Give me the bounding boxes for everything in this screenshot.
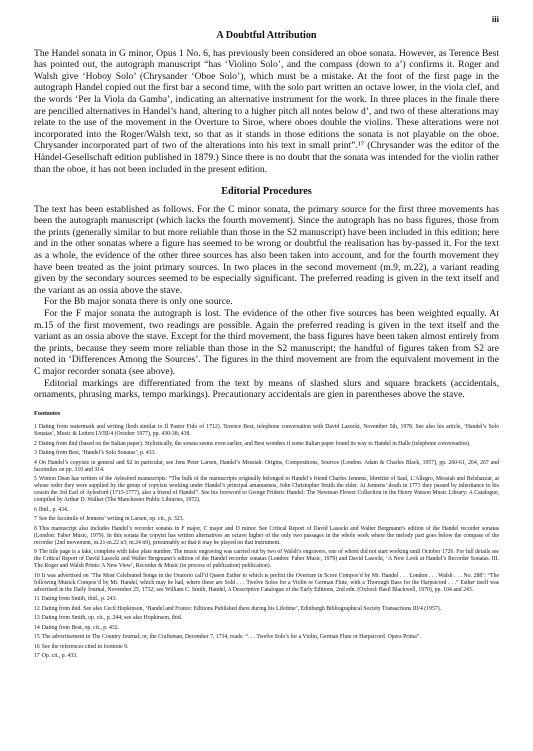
footnote-text: Dating from Best, ‘Handel’s Solo Sonatas… bbox=[39, 450, 156, 456]
footnote-item: 10It was advertised on ‘The Most Celebra… bbox=[34, 573, 499, 594]
footnote-item: 16See the references cited in footnote 9… bbox=[34, 644, 499, 651]
paragraph: For the Bb major sonata there is only on… bbox=[34, 296, 499, 308]
footnote-item: 8This manuscript also includes Handel’s … bbox=[34, 526, 499, 547]
footnote-text: See the references cited in footnote 9. bbox=[42, 644, 129, 650]
footnote-item: 7See the facsimile of Jennens’ writing i… bbox=[34, 516, 499, 523]
paragraph: For the F major sonata the autograph is … bbox=[34, 308, 499, 378]
footnote-text: Dating from Best, op. cit., p. 432. bbox=[42, 625, 119, 631]
footnote-item: 11Dating from Smith, ibid., p. 243. bbox=[34, 596, 499, 603]
paragraph: The Handel sonata in G minor, Opus 1 No.… bbox=[34, 48, 499, 176]
footnote-text: Dating from ibid. See also Cecil Hopkins… bbox=[42, 606, 441, 612]
footnote-text: Winton Dean has written of the Aylesford… bbox=[34, 476, 499, 503]
footnote-text: This manuscript also includes Handel’s r… bbox=[34, 526, 499, 546]
section-doubtful-attribution: A Doubtful Attribution The Handel sonata… bbox=[34, 30, 499, 175]
footnote-item: 14Dating from Best, op. cit., p. 432. bbox=[34, 625, 499, 632]
footnote-number: 9 bbox=[34, 549, 37, 555]
footnote-item: 9The title page is a fake, complete with… bbox=[34, 549, 499, 570]
footnote-item: 3Dating from Best, ‘Handel’s Solo Sonata… bbox=[34, 450, 499, 457]
footnote-item: 6Ibid., p. 434. bbox=[34, 507, 499, 514]
section-editorial-procedures: Editorial Procedures The text has been e… bbox=[34, 186, 499, 401]
footnote-text: See the facsimile of Jennens’ writing in… bbox=[39, 516, 184, 522]
footnote-item: 5Winton Dean has written of the Aylesfor… bbox=[34, 476, 499, 504]
section-title: Editorial Procedures bbox=[34, 186, 499, 198]
footnote-text: Dating from Smith, ibid., p. 243. bbox=[42, 596, 117, 602]
footnote-item: 15The advertisement in The Country Journ… bbox=[34, 634, 499, 641]
footnote-number: 11 bbox=[34, 596, 40, 602]
section-title: A Doubtful Attribution bbox=[34, 30, 499, 42]
footnote-item: 2Dating from ibid (based on the Italian … bbox=[34, 441, 499, 448]
footnote-number: 6 bbox=[34, 507, 37, 513]
footnote-number: 17 bbox=[34, 653, 40, 659]
footnote-item: 13Dating from Smith, op. cit., p. 244; s… bbox=[34, 615, 499, 622]
footnote-text: Op. cit., p. 433. bbox=[42, 653, 78, 659]
footnotes-section: Footnotes 1Dating from watermark and wri… bbox=[34, 410, 499, 663]
footnote-text: Dating from ibid (based on the Italian p… bbox=[39, 441, 471, 447]
footnote-text: The title page is a fake, complete with … bbox=[34, 549, 499, 569]
footnote-list: 1Dating from watermark and writing (both… bbox=[34, 424, 499, 660]
footnote-number: 14 bbox=[34, 625, 40, 631]
footnote-number: 10 bbox=[34, 573, 40, 579]
footnote-number: 2 bbox=[34, 441, 37, 447]
footnote-number: 13 bbox=[34, 615, 40, 621]
footnote-number: 7 bbox=[34, 516, 37, 522]
footnote-number: 15 bbox=[34, 634, 40, 640]
footnote-item: 4On Handel’s copyists in general and S2 … bbox=[34, 460, 499, 474]
footnote-text: On Handel’s copyists in general and S2 i… bbox=[34, 460, 499, 473]
footnote-number: 3 bbox=[34, 450, 37, 456]
footnote-number: 8 bbox=[34, 526, 37, 532]
footnote-number: 1 bbox=[34, 424, 37, 430]
footnote-text: The advertisement in The Country Journal… bbox=[42, 634, 421, 640]
footnote-item: 12Dating from ibid. See also Cecil Hopki… bbox=[34, 606, 499, 613]
footnote-number: 16 bbox=[34, 644, 40, 650]
footnote-number: 4 bbox=[34, 460, 37, 466]
paragraph: Editorial markings are differentiated fr… bbox=[34, 378, 499, 401]
footnote-text: It was advertised on ‘The Most Celebrate… bbox=[34, 573, 499, 593]
footnote-text: Dating from Smith, op. cit., p. 244; see… bbox=[42, 615, 182, 621]
page-number: iii bbox=[492, 14, 499, 24]
paragraph: The text has been established as follows… bbox=[34, 204, 499, 297]
footnote-item: 1Dating from watermark and writing (both… bbox=[34, 424, 499, 438]
footnotes-heading: Footnotes bbox=[34, 410, 499, 417]
footnote-number: 5 bbox=[34, 476, 37, 482]
footnote-text: Ibid., p. 434. bbox=[39, 507, 68, 513]
footnote-text: Dating from watermark and writing (both … bbox=[34, 424, 499, 437]
footnote-number: 12 bbox=[34, 606, 40, 612]
footnote-item: 17Op. cit., p. 433. bbox=[34, 653, 499, 660]
